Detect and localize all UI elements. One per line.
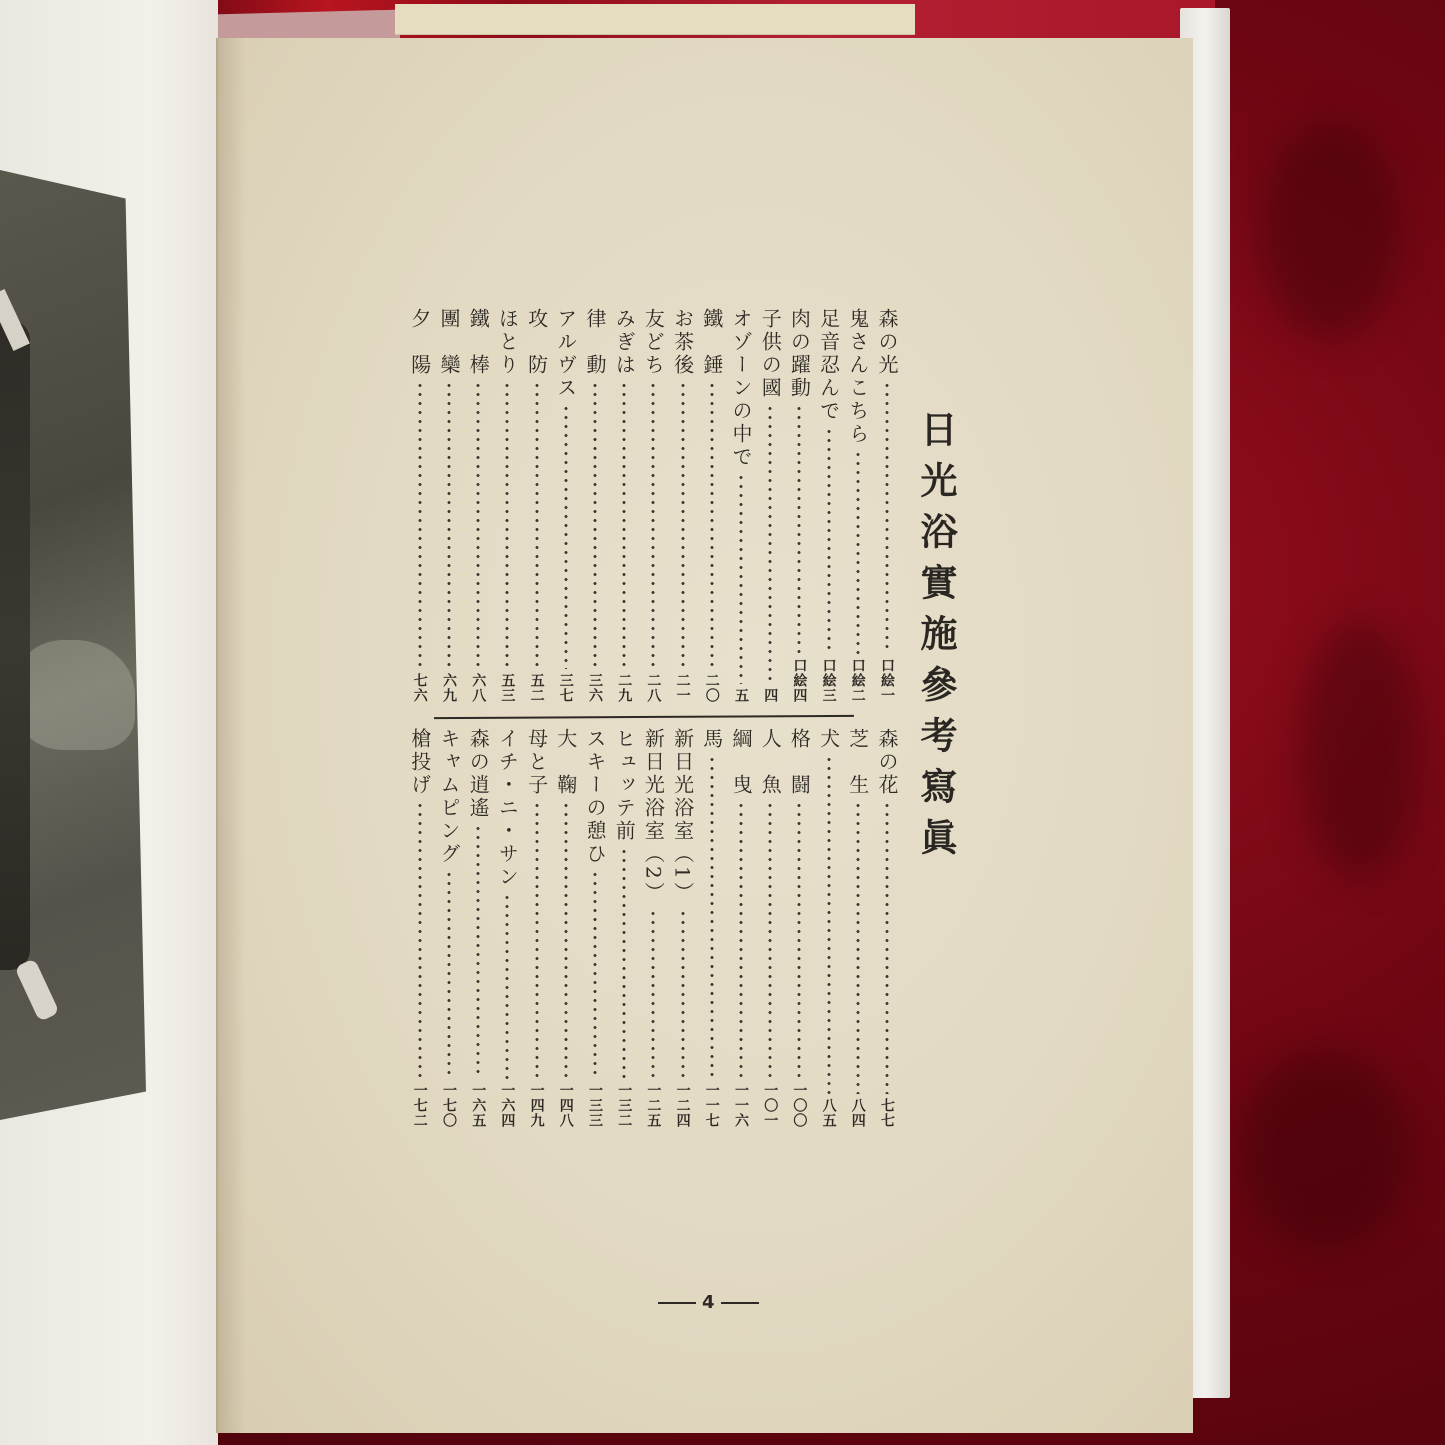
toc-entry-title: 母と子 [523, 728, 551, 797]
dot-leader [418, 381, 422, 669]
dot-leader [593, 381, 597, 669]
frontispiece-photo [0, 170, 146, 1120]
dot-leader [535, 801, 539, 1079]
gutter-shadow [216, 38, 246, 1433]
toc-entry-title: 新日光浴室（1） [669, 728, 697, 905]
dot-leader [827, 755, 831, 1094]
toc-entry: イチ・ニ・サン一六四 [493, 728, 521, 1128]
toc-entry-page: 三七 [555, 673, 577, 703]
dot-leader [681, 909, 685, 1079]
toc-entry: アルヴス三七 [552, 308, 580, 703]
toc-entry-title: 槍投げ [406, 728, 434, 797]
toc-entry: ヒュッテ前一三二 [610, 728, 638, 1128]
dot-leader [564, 404, 568, 669]
dot-leader [622, 847, 626, 1079]
toc-entry: 槍投げ一七二 [406, 728, 434, 1128]
dot-leader [710, 381, 714, 669]
toc-entry-title: 肉の躍動 [785, 308, 813, 400]
toc-entry-page: 一四八 [555, 1083, 577, 1128]
toc-entry-title: スキーの憩ひ [581, 728, 609, 866]
toc-entry: 律 動三六 [581, 308, 609, 703]
toc-entry-page: 六八 [467, 673, 489, 703]
left-page [0, 0, 218, 1445]
dot-leader [651, 909, 655, 1079]
toc-entry-title: 夕 陽 [406, 308, 434, 377]
toc-entry-page: 五三 [496, 673, 518, 703]
toc-entry: 鐵 棒六八 [464, 308, 492, 703]
toc-entry: キャムピング一七〇 [435, 728, 463, 1128]
toc-entry: 森の光口絵一 [873, 308, 901, 703]
photo-foot [14, 958, 59, 1022]
toc-entry: 攻 防五二 [523, 308, 551, 703]
toc-entry-title: 格 闘 [785, 728, 813, 797]
toc-entry-title: 人 魚 [756, 728, 784, 797]
dot-leader [447, 870, 451, 1079]
toc-entry: 新日光浴室（2）一二五 [639, 728, 667, 1128]
toc-entry-page: 二九 [613, 673, 635, 703]
dot-leader [593, 870, 597, 1079]
dot-leader [768, 801, 772, 1079]
toc-entry-page: 一七〇 [438, 1083, 460, 1128]
dot-leader [505, 381, 509, 669]
toc-entry-page: 口絵三 [818, 658, 840, 703]
velvet-shadow [1240, 1050, 1410, 1250]
toc-entry-title: 子供の國 [756, 308, 784, 400]
toc-entry-title: 鐵 錘 [698, 308, 726, 377]
toc-entry-title: お茶後 [669, 308, 697, 377]
toc-entry-title: イチ・ニ・サン [493, 728, 521, 889]
dot-leader [564, 801, 568, 1079]
toc-entry-title: 新日光浴室（2） [639, 728, 667, 905]
photo-rock [15, 640, 135, 750]
toc-entry-title: 大 鞠 [552, 728, 580, 797]
dot-leader [797, 404, 801, 654]
toc-entry-page: 一六五 [467, 1083, 489, 1128]
toc-entry-page: 一二五 [642, 1083, 664, 1128]
toc-entry: 森の逍遙一六五 [464, 728, 492, 1128]
dot-leader [710, 755, 714, 1079]
toc-entry-title: 森の逍遙 [464, 728, 492, 820]
toc-entry: 團 欒六九 [435, 308, 463, 703]
toc-entry: 足音忍んで口絵三 [815, 308, 843, 703]
toc-entry-page: 一一六 [730, 1083, 752, 1128]
toc-entry-page: 口絵一 [876, 658, 898, 703]
section-divider [434, 715, 854, 719]
dot-leader [739, 801, 743, 1079]
toc-entry-title: 森の光 [873, 308, 901, 377]
toc-entry: 格 闘一〇〇 [785, 728, 813, 1128]
toc-entry-title: アルヴス [552, 308, 580, 400]
toc-entry-title: 團 欒 [435, 308, 463, 377]
toc-entry: 犬八五 [815, 728, 843, 1128]
toc-entry-title: 綱 曳 [727, 728, 755, 797]
photo-figure [0, 320, 30, 970]
toc-entry-title: 友どち [639, 308, 667, 377]
toc-entry-page: 口絵四 [788, 658, 810, 703]
dot-leader [856, 450, 860, 654]
toc-entry-page: 五 [730, 688, 752, 703]
toc-entry: 肉の躍動口絵四 [785, 308, 813, 703]
page-stack-edge [395, 4, 915, 35]
dot-leader [768, 404, 772, 684]
dot-leader [885, 381, 889, 654]
toc-entry: スキーの憩ひ一三三 [581, 728, 609, 1128]
dot-leader [535, 381, 539, 669]
page-number: 4 [702, 1292, 715, 1313]
toc-entry-page: 一〇一 [759, 1083, 781, 1128]
toc-entry-title: 足音忍んで [815, 308, 843, 423]
toc-entry-page: 一一七 [701, 1083, 723, 1128]
toc-entry: 人 魚一〇一 [756, 728, 784, 1128]
toc-entry-page: 七六 [409, 673, 431, 703]
toc-entry-page: 三六 [584, 673, 606, 703]
toc-entry: 鬼さんこちら口絵二 [844, 308, 872, 703]
dot-leader [739, 473, 743, 684]
toc-entry: オゾーンの中で五 [727, 308, 755, 703]
toc-entry-page: 一〇〇 [788, 1083, 810, 1128]
footer-dash-left [658, 1302, 696, 1304]
toc-entry-page: 二八 [642, 673, 664, 703]
toc-entry: 友どち二八 [639, 308, 667, 703]
toc-entry: 夕 陽七六 [406, 308, 434, 703]
toc-page: 日光浴實施參考寫眞 森の光口絵一鬼さんこちら口絵二足音忍んで口絵三肉の躍動口絵四… [216, 38, 1193, 1433]
dot-leader [505, 893, 509, 1079]
toc-entry-title: 鬼さんこちら [844, 308, 872, 446]
toc-entry-title: ヒュッテ前 [610, 728, 638, 843]
toc-entry: 馬一一七 [698, 728, 726, 1128]
toc-entry: ほとり五三 [493, 308, 521, 703]
dot-leader [476, 381, 480, 669]
toc-entry-page: 五二 [526, 673, 548, 703]
dot-leader [476, 824, 480, 1079]
toc-entry: お茶後二一 [669, 308, 697, 703]
toc-entry-page: 八四 [847, 1098, 869, 1128]
toc-entry-page: 四 [759, 688, 781, 703]
toc-entry-page: 二一 [672, 673, 694, 703]
toc-entry: みぎは二九 [610, 308, 638, 703]
toc-entry: 森の花七七 [873, 728, 901, 1128]
toc-entry-page: 一七二 [409, 1083, 431, 1128]
toc-entry: 芝 生八四 [844, 728, 872, 1128]
dot-leader [827, 427, 831, 654]
dot-leader [797, 801, 801, 1079]
toc-entry-title: 鐵 棒 [464, 308, 492, 377]
dot-leader [856, 801, 860, 1094]
toc-entry-title: ほとり [493, 308, 521, 377]
dot-leader [418, 801, 422, 1079]
toc-title: 日光浴實施參考寫眞 [908, 410, 962, 869]
toc-entry: 新日光浴室（1）一二四 [669, 728, 697, 1128]
toc-entry: 大 鞠一四八 [552, 728, 580, 1128]
velvet-shadow [1300, 620, 1420, 880]
toc-entry-page: 一三二 [613, 1083, 635, 1128]
page-footer: 4 [658, 1292, 759, 1313]
toc-entry-title: 律 動 [581, 308, 609, 377]
toc-entry-page: 一六四 [496, 1083, 518, 1128]
dot-leader [622, 381, 626, 669]
toc-entry-title: 攻 防 [523, 308, 551, 377]
velvet-shadow [1260, 120, 1400, 340]
toc-entry-page: 八五 [818, 1098, 840, 1128]
toc-entry: 鐵 錘二〇 [698, 308, 726, 703]
dot-leader [447, 381, 451, 669]
toc-entry-page: 一三三 [584, 1083, 606, 1128]
toc-entry-title: 馬 [698, 728, 726, 751]
toc-entry-title: 犬 [815, 728, 843, 751]
toc-entry-page: 二〇 [701, 673, 723, 703]
toc-entry-title: 森の花 [873, 728, 901, 797]
toc-entry-title: 芝 生 [844, 728, 872, 797]
toc-entry-page: 口絵二 [847, 658, 869, 703]
toc-entry: 綱 曳一一六 [727, 728, 755, 1128]
toc-entry-page: 七七 [876, 1098, 898, 1128]
toc-entry-page: 一二四 [672, 1083, 694, 1128]
dot-leader [651, 381, 655, 669]
toc-entry-title: みぎは [610, 308, 638, 377]
toc-entry-page: 六九 [438, 673, 460, 703]
toc-entry-title: オゾーンの中で [727, 308, 755, 469]
dot-leader [681, 381, 685, 669]
footer-dash-right [721, 1302, 759, 1304]
dot-leader [885, 801, 889, 1094]
toc-entry-title: キャムピング [435, 728, 463, 866]
toc-entry-page: 一四九 [526, 1083, 548, 1128]
toc-entry: 母と子一四九 [523, 728, 551, 1128]
toc-entry: 子供の國四 [756, 308, 784, 703]
